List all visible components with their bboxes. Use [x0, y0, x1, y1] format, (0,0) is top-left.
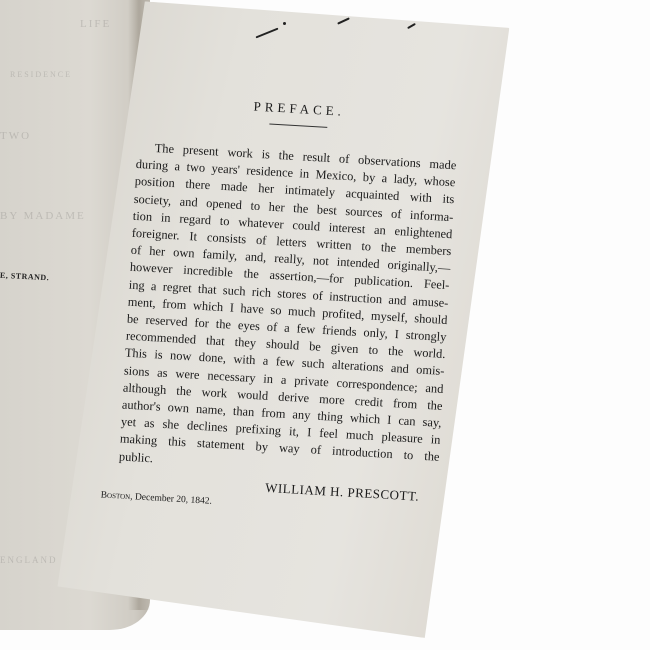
- dateline-date: December 20, 1842.: [132, 492, 212, 507]
- preface-body: The present work is the result of observ…: [118, 139, 456, 484]
- page-content: PREFACE. The present work is the result …: [0, 0, 650, 650]
- dateline-place: Boston,: [100, 490, 132, 502]
- title-rule: [269, 124, 327, 128]
- page-title: PREFACE.: [139, 92, 459, 126]
- preface-page: PREFACE. The present work is the result …: [116, 92, 459, 520]
